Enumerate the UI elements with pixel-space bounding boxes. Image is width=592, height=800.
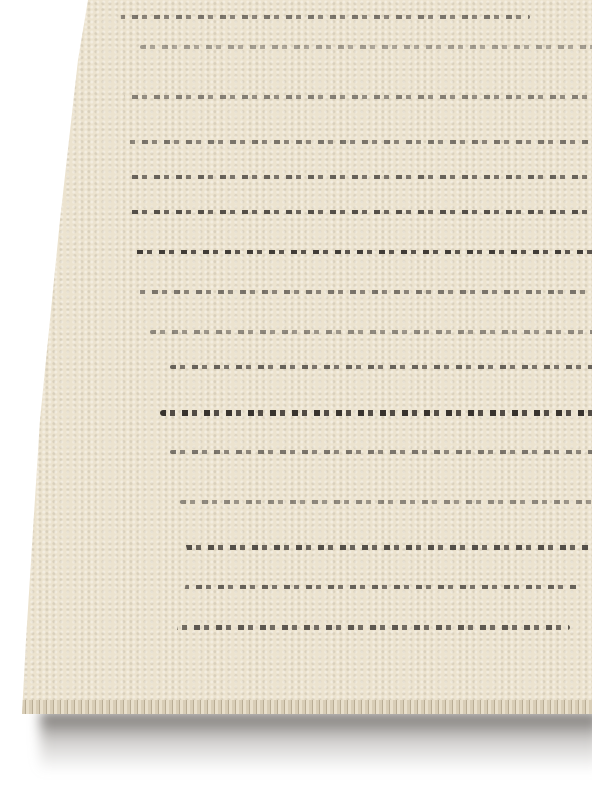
pattern-stripe — [150, 330, 592, 334]
pattern-stripe — [120, 140, 592, 144]
pattern-stripe — [170, 450, 592, 454]
rug — [0, 0, 592, 714]
rug-pattern-field — [110, 0, 592, 670]
pattern-stripe — [115, 250, 592, 254]
pattern-stripe — [150, 625, 570, 630]
pattern-stripe — [110, 210, 592, 214]
pattern-stripe — [110, 15, 530, 19]
pattern-stripe — [140, 45, 592, 49]
rug-bound-edge — [22, 700, 592, 714]
pattern-stripe — [110, 95, 592, 99]
pattern-stripe — [120, 545, 590, 550]
pattern-stripe — [110, 175, 592, 179]
rug-shadow — [40, 712, 592, 772]
pattern-stripe — [130, 585, 580, 589]
pattern-stripe — [180, 500, 592, 504]
pattern-stripe — [160, 410, 592, 416]
pattern-stripe — [130, 290, 592, 294]
pattern-stripe — [170, 365, 592, 369]
